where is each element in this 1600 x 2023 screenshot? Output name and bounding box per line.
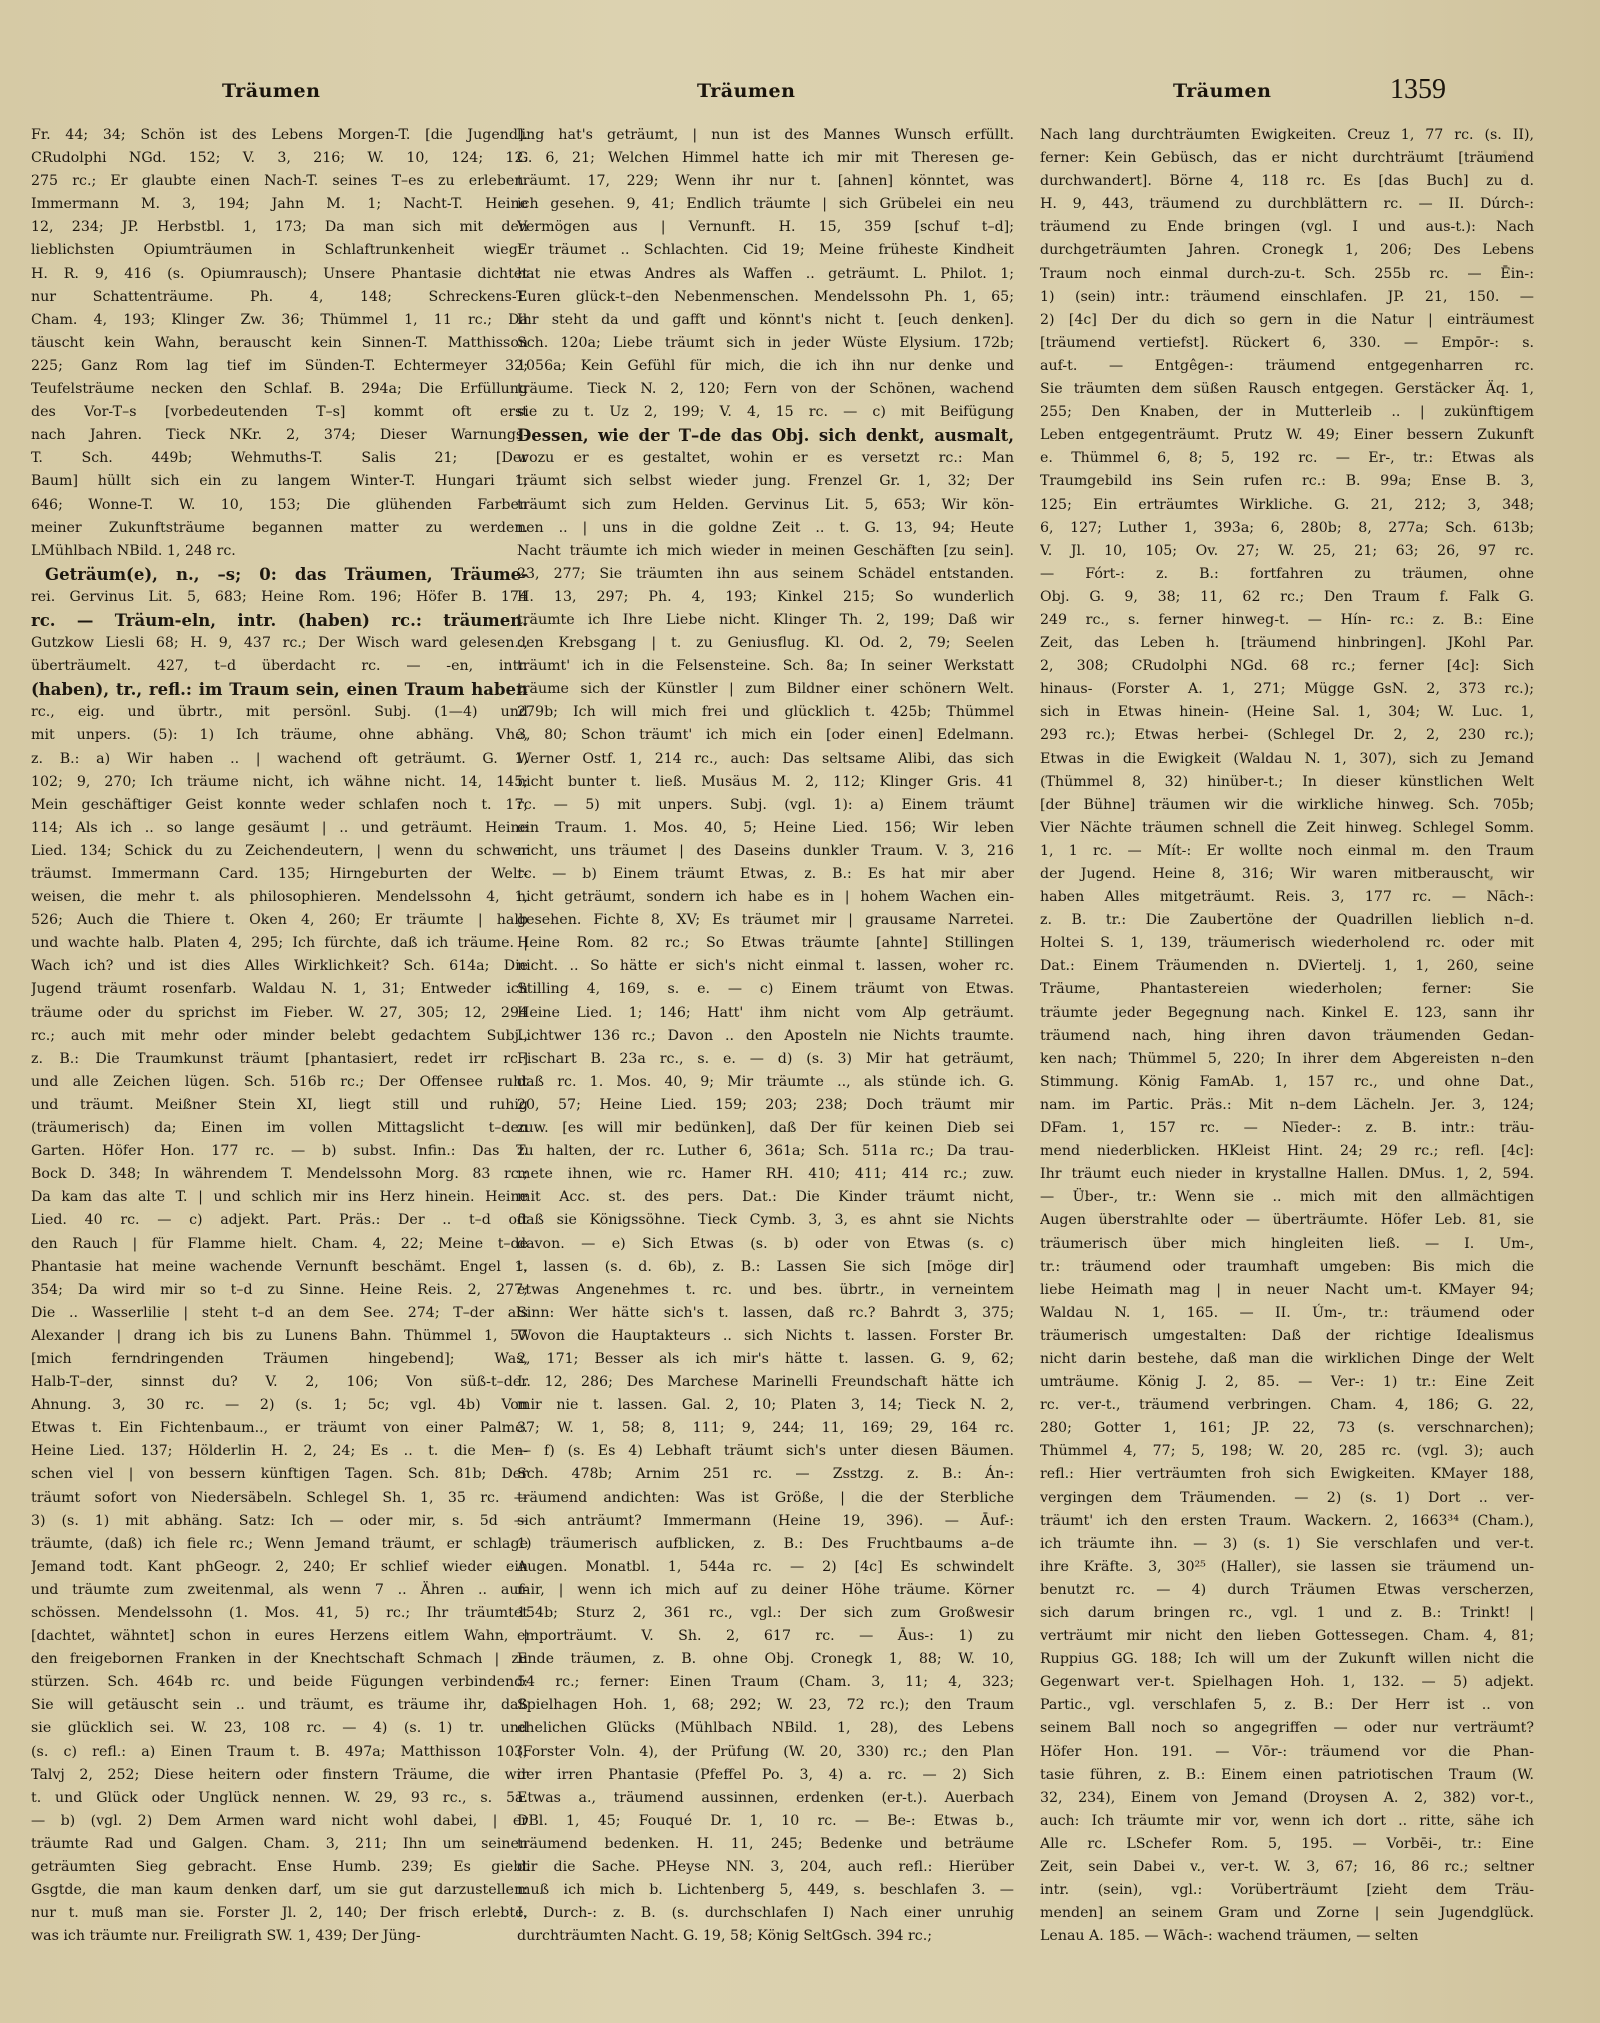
text-line: emporträumt. V. Sh. 2, 617 rc. — Āus-: 1…	[517, 1625, 1014, 1648]
text-line: LMühlbach NBild. 1, 248 rc.	[31, 540, 528, 563]
text-line: Gegenwart ver-t. Spielhagen Hoh. 1, 132.…	[1040, 1671, 1534, 1694]
text-line: 280; Gotter 1, 161; JP. 22, 73 (s. versc…	[1040, 1417, 1534, 1440]
text-line: daß rc. 1. Mos. 40, 9; Mir träumte .., a…	[517, 1071, 1014, 1094]
text-line: Lied. 134; Schick du zu Zeichendeutern, …	[31, 840, 528, 863]
text-line: Lenau A. 185. — Wāch-: wachend träumen, …	[1040, 1925, 1534, 1948]
text-line: 249 rc., s. ferner hinweg-t. — Hín- rc.:…	[1040, 609, 1534, 632]
text-line: 354; Da wird mir so t–d zu Sinne. Heine …	[31, 1279, 528, 1302]
text-line: H. 13, 297; Ph. 4, 193; Kinkel 215; So w…	[517, 586, 1014, 609]
text-line: Augen. Monatbl. 1, 544a rc. — 2) [4c] Es…	[517, 1556, 1014, 1579]
text-line: 125; Ein erträumtes Wirkliche. G. 21, 21…	[1040, 494, 1534, 517]
text-line: träumte jeder Begegnung nach. Kinkel E. …	[1040, 1002, 1534, 1025]
text-line: hinaus- (Forster A. 1, 271; Mügge GsN. 2…	[1040, 678, 1534, 701]
text-line: z. B.: a) Wir haben .. | wachend oft get…	[31, 748, 528, 771]
text-line: Waldau N. 1, 165. — II. Úm-, tr.: träume…	[1040, 1302, 1534, 1325]
text-line: 279b; Ich will mich frei und glücklich t…	[517, 701, 1014, 724]
text-line: Cham. 4, 193; Klinger Zw. 36; Thümmel 1,…	[31, 309, 528, 332]
paper-speck	[1503, 150, 1507, 154]
text-line: 275 rc.; Er glaubte einen Nach-T. seines…	[31, 170, 528, 193]
text-line: hat nie etwas Andres als Waffen .. geträ…	[517, 263, 1014, 286]
text-line: 1056a; Kein Gefühl für mich, die ich ihn…	[517, 355, 1014, 378]
text-line: Euren glück-t–den Nebenmenschen. Mendels…	[517, 286, 1014, 309]
text-line: 2, 171; Besser als ich mir's hätte t. la…	[517, 1348, 1014, 1371]
text-line: tasie führen, z. B.: Einem einen patriot…	[1040, 1764, 1534, 1787]
text-line: — Fórt-: z. B.: fortfahren zu träumen, o…	[1040, 563, 1534, 586]
text-line: davon. — e) Sich Etwas (s. b) oder von E…	[517, 1233, 1014, 1256]
text-line: 225; Ganz Rom lag tief im Sünden-T. Echt…	[31, 355, 528, 378]
text-line: 3, 80; Schon träumt' ich mich ein [oder …	[517, 724, 1014, 747]
text-line: überträumelt. 427, t–d überdacht rc. — -…	[31, 655, 528, 678]
text-line: 293 rc.); Etwas herbei- (Schlegel Dr. 2,…	[1040, 724, 1534, 747]
center-headword: Träumen	[697, 80, 795, 102]
text-line: der Jugend. Heine 8, 316; Wir waren mitb…	[1040, 863, 1534, 886]
text-line: Die .. Wasserlilie | steht t–d an dem Se…	[31, 1302, 528, 1325]
text-line: benutzt rc. — 4) durch Träumen Etwas ver…	[1040, 1579, 1534, 1602]
text-line: nicht darin bestehe, daß man die wirklic…	[1040, 1348, 1534, 1371]
text-line: 102; 9, 270; Ich träume nicht, ich wähne…	[31, 771, 528, 794]
text-line: mir, | wenn ich mich auf zu deiner Höhe …	[517, 1579, 1014, 1602]
text-line: 114; Als ich .. so lange gesäumt | .. un…	[31, 817, 528, 840]
text-line: Stilling 4, 169, s. e. — c) Einem träumt…	[517, 978, 1014, 1001]
text-line: t. lassen (s. d. 6b), z. B.: Lassen Sie …	[517, 1256, 1014, 1279]
text-line: [mich ferndringenden Träumen hingebend];…	[31, 1348, 528, 1371]
text-line: Heine Lied. 1; 146; Hatt' ihm nicht vom …	[517, 1002, 1014, 1025]
text-line: Sch. 478b; Arnim 251 rc. — Zsstzg. z. B.…	[517, 1463, 1014, 1486]
text-line: Heine Rom. 82 rc.; So Etwas träumte [ahn…	[517, 932, 1014, 955]
text-line: Ruppius GG. 188; Ich will um der Zukunft…	[1040, 1648, 1534, 1671]
text-line: Garten. Höfer Hon. 177 rc. — b) subst. I…	[31, 1140, 528, 1163]
text-line: Etwas t. Ein Fichtenbaum.., er träumt vo…	[31, 1417, 528, 1440]
text-line: Alle rc. LSchefer Rom. 5, 195. — Vorbēi-…	[1040, 1833, 1534, 1856]
text-line: 255; Den Knaben, der in Mutterleib .. | …	[1040, 401, 1534, 424]
text-line: nen .. | uns in die goldne Zeit .. t. G.…	[517, 517, 1014, 540]
text-line: und träumte zum zweitenmal, als wenn 7 .…	[31, 1579, 528, 1602]
text-line: G. 6, 21; Welchen Himmel hatte ich mir m…	[517, 147, 1014, 170]
text-line: umträume. König J. 2, 85. — Ver-: 1) tr.…	[1040, 1371, 1534, 1394]
text-line: 1, 1 rc. — Mít-: Er wollte noch einmal m…	[1040, 840, 1534, 863]
text-line: träume sich der Künstler | zum Bildner e…	[517, 678, 1014, 701]
text-line: haben Alles mitgeträumt. Reis. 3, 177 rc…	[1040, 886, 1534, 909]
text-line: — Über-, tr.: Wenn sie .. mich mit den a…	[1040, 1186, 1534, 1209]
text-line: Dat.: Einem Träumenden n. DViertelj. 1, …	[1040, 955, 1534, 978]
text-line: Etwas a., träumend aussinnen, erdenken (…	[517, 1787, 1014, 1810]
text-line: auch: Ich träumte mir vor, wenn ich dort…	[1040, 1810, 1534, 1833]
text-line: Etwas in die Ewigkeit (Waldau N. 1, 307)…	[1040, 748, 1534, 771]
text-line: den Rauch | für Flamme hielt. Cham. 4, 2…	[31, 1233, 528, 1256]
text-line: träumend andichten: Was ist Größe, | die…	[517, 1487, 1014, 1510]
text-line: Thümmel 4, 77; 5, 198; W. 20, 285 rc. (v…	[1040, 1440, 1534, 1463]
text-line: [der Bühne] träumen wir die wirkliche hi…	[1040, 794, 1534, 817]
text-line: was ich träumte nur. Freiligrath SW. 1, …	[31, 1925, 528, 1948]
text-line: CRudolphi NGd. 152; V. 3, 216; W. 10, 12…	[31, 147, 528, 170]
text-line: sich darum bringen rc., vgl. 1 und z. B.…	[1040, 1602, 1534, 1625]
text-line: (träumerisch) da; Einen im vollen Mittag…	[31, 1117, 528, 1140]
text-line: wozu er es gestaltet, wohin er es verset…	[517, 447, 1014, 470]
text-line: träumt' ich den ersten Traum. Wackern. 2…	[1040, 1510, 1534, 1533]
text-line: Lied. 40 rc. — c) adjekt. Part. Präs.: D…	[31, 1209, 528, 1232]
text-line: Er träumet .. Schlachten. Cid 19; Meine …	[517, 239, 1014, 262]
text-line: mir nie t. lassen. Gal. 2, 10; Platen 3,…	[517, 1394, 1014, 1417]
text-line: refl.: Hier verträumten froh sich Ewigke…	[1040, 1463, 1534, 1486]
text-line: mit unpers. (5): 1) Ich träume, ohne abh…	[31, 724, 528, 747]
text-line: Ende träumen, z. B. ohne Obj. Cronegk 1,…	[517, 1648, 1014, 1671]
text-line: Spielhagen Hoh. 1, 68; 292; W. 23, 72 rc…	[517, 1694, 1014, 1717]
text-line: Fr. 44; 34; Schön ist des Lebens Morgen-…	[31, 124, 528, 147]
text-line: intr. (sein), vgl.: Vorüberträumt [zieht…	[1040, 1879, 1534, 1902]
text-line: ein Traum. 1. Mos. 40, 5; Heine Lied. 15…	[517, 817, 1014, 840]
text-line: rc., eig. und übrtr., mit persönl. Subj.…	[31, 701, 528, 724]
text-line: meiner Zukunftsträume begannen matter zu…	[31, 517, 528, 540]
text-line: ehelichen Glücks (Mühlbach NBild. 1, 28)…	[517, 1717, 1014, 1740]
text-line: Mein geschäftiger Geist konnte weder sch…	[31, 794, 528, 817]
text-line: T. Sch. 449b; Wehmuths-T. Salis 21; [Der	[31, 447, 528, 470]
text-line: nur Schattenträume. Ph. 4, 148; Schrecke…	[31, 286, 528, 309]
right-headword: Träumen	[1173, 80, 1271, 102]
text-line: [träumend vertiefst]. Rückert 6, 330. — …	[1040, 332, 1534, 355]
running-header: Träumen Träumen Träumen 1359	[0, 72, 1600, 112]
text-line: träumend zu Ende bringen (vgl. I und aus…	[1040, 216, 1534, 239]
text-line: Fischart B. 23a rc., s. e. — d) (s. 3) M…	[517, 1048, 1014, 1071]
text-line: schössen. Mendelssohn (1. Mos. 41, 5) rc…	[31, 1602, 528, 1625]
text-line: träumte Rad und Galgen. Cham. 3, 211; Ih…	[31, 1833, 528, 1856]
text-line: Ahnung. 3, 30 rc. — 2) (s. 1; 5c; vgl. 4…	[31, 1394, 528, 1417]
text-line: Immermann M. 3, 194; Jahn M. 1; Nacht-T.…	[31, 193, 528, 216]
text-line: schen viel | von bessern künftigen Tagen…	[31, 1463, 528, 1486]
text-line: seinem Ball noch so angegriffen — oder n…	[1040, 1717, 1534, 1740]
text-line: Gsgtde, die man kaum denken darf, um sie…	[31, 1879, 528, 1902]
text-line: I. Durch-: z. B. (s. durchschlafen I) Na…	[517, 1902, 1014, 1925]
text-line: und alle Zeichen lügen. Sch. 516b rc.; D…	[31, 1071, 528, 1094]
text-line: nam. im Partic. Präs.: Mit n–dem Lächeln…	[1040, 1094, 1534, 1117]
text-line: Ihr träumt euch nieder in krystallne Hal…	[1040, 1163, 1534, 1186]
text-line: Phantasie hat meine wachende Vernunft be…	[31, 1256, 528, 1279]
text-line: ihre Kräfte. 3, 30²⁵ (Haller), sie lasse…	[1040, 1556, 1534, 1579]
text-line: ken nach; Thümmel 5, 220; In ihrer dem A…	[1040, 1048, 1534, 1071]
text-line: 526; Auch die Thiere t. Oken 4, 260; Er …	[31, 909, 528, 932]
text-line: Nach lang durchträumten Ewigkeiten. Creu…	[1040, 124, 1534, 147]
text-line: (Forster Voln. 4), der Prüfung (W. 20, 3…	[517, 1741, 1014, 1764]
text-line: täuscht kein Wahn, berauscht kein Sinnen…	[31, 332, 528, 355]
text-line: DBl. 1, 45; Fouqué Dr. 1, 10 rc. — Be-: …	[517, 1810, 1014, 1833]
text-line: H. 9, 443, träumend zu durchblättern rc.…	[1040, 193, 1534, 216]
text-line: Vermögen aus | Vernunft. H. 15, 359 [sch…	[517, 216, 1014, 239]
text-line: träumerisch umgestalten: Daß der richtig…	[1040, 1325, 1534, 1348]
text-line: Jemand todt. Kant phGeogr. 2, 240; Er sc…	[31, 1556, 528, 1579]
text-line: träumte ich Ihre Liebe nicht. Klinger Th…	[517, 609, 1014, 632]
text-line: 2, 308; CRudolphi NGd. 68 rc.; ferner [4…	[1040, 655, 1534, 678]
text-line: träumt' ich in die Felsensteine. Sch. 8a…	[517, 655, 1014, 678]
text-line: L. 12, 286; Des Marchese Marinelli Freun…	[517, 1371, 1014, 1394]
text-line: rei. Gervinus Lit. 5, 683; Heine Rom. 19…	[31, 586, 528, 609]
text-line: dir die Sache. PHeyse NN. 3, 204, auch r…	[517, 1856, 1014, 1879]
text-line: ich gesehen. 9, 41; Endlich träumte | si…	[517, 193, 1014, 216]
text-line: 1) träumerisch aufblicken, z. B.: Des Fr…	[517, 1533, 1014, 1556]
text-line: Lichtwer 136 rc.; Davon .. den Aposteln …	[517, 1025, 1014, 1048]
text-line: und wachte halb. Platen 4, 295; Ich fürc…	[31, 932, 528, 955]
text-line: Traumgebild ins Sein rufen rc.: B. 99a; …	[1040, 470, 1534, 493]
text-line: 3) (s. 1) mit abhäng. Satz: Ich — oder m…	[31, 1510, 528, 1533]
text-line: Obj. G. 9, 38; 11, 62 rc.; Den Traum f. …	[1040, 586, 1534, 609]
text-line: und träumt. Meißner Stein XI, liegt stil…	[31, 1094, 528, 1117]
text-line: träumt sich zum Helden. Gervinus Lit. 5,…	[517, 494, 1014, 517]
text-line: träumt. 17, 229; Wenn ihr nur t. [ahnen]…	[517, 170, 1014, 193]
text-line: lieblichsten Opiumträumen in Schlaftrunk…	[31, 239, 528, 262]
text-line: träumend nach, hing ihren davon träumend…	[1040, 1025, 1534, 1048]
text-line: nach Jahren. Tieck NKr. 2, 374; Dieser W…	[31, 424, 528, 447]
text-line: Alexander | drang ich bis zu Lunens Bahn…	[31, 1325, 528, 1348]
text-line: Zeit, das Leben h. [träumend hinbringen]…	[1040, 632, 1534, 655]
text-column-1: Fr. 44; 34; Schön ist des Lebens Morgen-…	[31, 124, 528, 1948]
text-line: mete ihnen, wie rc. Hamer RH. 410; 411; …	[517, 1163, 1014, 1186]
text-line: ich träumte ihn. — 3) (s. 1) Sie verschl…	[1040, 1533, 1534, 1556]
text-line: träumte, (daß) ich fiele rc.; Wenn Jeman…	[31, 1533, 528, 1556]
text-line: sich anträumt? Immermann (Heine 19, 396)…	[517, 1510, 1014, 1533]
text-line: der irren Phantasie (Pfeffel Po. 3, 4) a…	[517, 1764, 1014, 1787]
page-number: 1359	[1390, 74, 1446, 106]
text-line: mit Acc. st. des pers. Dat.: Die Kinder …	[517, 1186, 1014, 1209]
text-line: rc. — 5) mit unpers. Subj. (vgl. 1): a) …	[517, 794, 1014, 817]
text-line: Vier Nächte träumen schnell die Zeit hin…	[1040, 817, 1534, 840]
text-line: Höfer Hon. 191. — Vōr-: träumend vor die…	[1040, 1741, 1534, 1764]
text-line: weisen, die mehr t. als philosophieren. …	[31, 886, 528, 909]
text-line: z. B.: Die Traumkunst träumt [phantasier…	[31, 1048, 528, 1071]
text-line: Wach ich? und ist dies Alles Wirklichkei…	[31, 955, 528, 978]
text-line: 23, 277; Sie träumten ihn aus seinem Sch…	[517, 563, 1014, 586]
text-line: Leben entgegenträumt. Prutz W. 49; Einer…	[1040, 424, 1534, 447]
left-headword: Träumen	[222, 80, 320, 102]
text-line: nicht. .. So hätte er sich's nicht einma…	[517, 955, 1014, 978]
text-line: Da kam das alte T. | und schlich mir ins…	[31, 1186, 528, 1209]
text-column-2: ling hat's geträumt, | nun ist des Manne…	[517, 124, 1014, 1948]
text-line: tr.: träumend oder traumhaft umgeben: Bi…	[1040, 1256, 1534, 1279]
text-line: Geträum(e), n., –s; 0: das Träumen, Träu…	[31, 563, 528, 586]
text-line: z. B. tr.: Die Zaubertöne der Quadrillen…	[1040, 909, 1534, 932]
text-line: (haben), tr., refl.: im Traum sein, eine…	[31, 678, 528, 701]
text-line: Heine Lied. 137; Hölderlin H. 2, 24; Es …	[31, 1440, 528, 1463]
text-line: 54 rc.; ferner: Einen Traum (Cham. 3, 11…	[517, 1671, 1014, 1694]
text-line: 32, 234), Einem von Jemand (Droysen A. 2…	[1040, 1787, 1534, 1810]
text-line: 646; Wonne-T. W. 10, 153; Die glühenden …	[31, 494, 528, 517]
text-line: sie glücklich sei. W. 23, 108 rc. — 4) (…	[31, 1717, 528, 1740]
text-line: 154b; Sturz 2, 361 rc., vgl.: Der sich z…	[517, 1602, 1014, 1625]
text-line: Sinn: Wer hätte sich's t. lassen, daß rc…	[517, 1302, 1014, 1325]
text-line: Bock D. 348; In währendem T. Mendelssohn…	[31, 1163, 528, 1186]
text-line: 2) [4c] Der du dich so gern in die Natur…	[1040, 309, 1534, 332]
text-line: daß sie Königssöhne. Tieck Cymb. 3, 3, e…	[517, 1209, 1014, 1232]
text-line: rc. — b) Einem träumt Etwas, z. B.: Es h…	[517, 863, 1014, 886]
text-line: muß ich mich b. Lichtenberg 5, 449, s. b…	[517, 1879, 1014, 1902]
text-line: 12, 234; JP. Herbstbl. 1, 173; Da man si…	[31, 216, 528, 239]
text-line: den freigebornen Franken in der Knechtsc…	[31, 1648, 528, 1671]
text-line: Jugend träumt rosenfarb. Waldau N. 1, 31…	[31, 978, 528, 1001]
paper-speck	[1488, 876, 1493, 881]
text-line: sie zu t. Uz 2, 199; V. 4, 15 rc. — c) m…	[517, 401, 1014, 424]
text-line: zuw. [es will mir bedünken], daß Der für…	[517, 1117, 1014, 1140]
text-line: träumerisch über mich hingleiten ließ. —…	[1040, 1233, 1534, 1256]
text-line: Talvj 2, 252; Diese heitern oder finster…	[31, 1764, 528, 1787]
text-line: Halb-T–der, sinnst du? V. 2, 106; Von sü…	[31, 1371, 528, 1394]
text-line: den Krebsgang | t. zu Geniusflug. Kl. Od…	[517, 632, 1014, 655]
text-line: rc. — Träum-eln, intr. (haben) rc.: träu…	[31, 609, 528, 632]
text-line: träumt sich selbst wieder jung. Frenzel …	[517, 470, 1014, 493]
text-line: träume. Tieck N. 2, 120; Fern von der Sc…	[517, 378, 1014, 401]
text-line: — f) (s. Es 4) Lebhaft träumt sich's unt…	[517, 1440, 1014, 1463]
text-line: 20, 57; Heine Lied. 159; 203; 238; Doch …	[517, 1094, 1014, 1117]
text-line: träumt sofort von Niedersäbeln. Schlegel…	[31, 1487, 528, 1510]
paper-speck	[1510, 1545, 1514, 1549]
text-line: Sch. 120a; Liebe träumt sich in jeder Wü…	[517, 332, 1014, 355]
text-line: Werner Ostf. 1, 214 rc., auch: Das selts…	[517, 748, 1014, 771]
text-line: 37; W. 1, 58; 8, 111; 9, 244; 11, 169; 2…	[517, 1417, 1014, 1440]
text-line: Partic., vgl. verschlafen 5, z. B.: Der …	[1040, 1694, 1534, 1717]
text-line: gesehen. Fichte 8, XV; Es träumet mir | …	[517, 909, 1014, 932]
text-line: ferner: Kein Gebüsch, das er nicht durch…	[1040, 147, 1534, 170]
text-line: Ihr steht da und gafft und könnt's nicht…	[517, 309, 1014, 332]
text-column-3: Nach lang durchträumten Ewigkeiten. Creu…	[1040, 124, 1534, 1948]
text-line: ling hat's geträumt, | nun ist des Manne…	[517, 124, 1014, 147]
text-line: nicht bunter t. ließ. Musäus M. 2, 112; …	[517, 771, 1014, 794]
text-line: des Vor-T–s [vorbedeutenden T–s] kommt o…	[31, 401, 528, 424]
text-line: Baum] hüllt sich ein zu langem Winter-T.…	[31, 470, 528, 493]
text-line: Stimmung. König FamAb. 1, 157 rc., und o…	[1040, 1071, 1534, 1094]
text-line: auf-t. — Entgêgen-: träumend entgegenhar…	[1040, 355, 1534, 378]
text-line: durchwandert]. Börne 4, 118 rc. Es [das …	[1040, 170, 1534, 193]
text-line: [dachtet, wähntet] schon in eures Herzen…	[31, 1625, 528, 1648]
text-line: 1) (sein) intr.: träumend einschlafen. J…	[1040, 286, 1534, 309]
text-line: verträumt mir nicht den lieben Gottesseg…	[1040, 1625, 1534, 1648]
text-line: nicht geträumt, sondern ich habe es in |…	[517, 886, 1014, 909]
text-line: Sie will getäuscht sein .. und träumt, e…	[31, 1694, 528, 1717]
text-line: DFam. 1, 157 rc. — Nīeder-: z. B. intr.:…	[1040, 1117, 1534, 1140]
text-line: menden] an seinem Gram und Zorne | sein …	[1040, 1902, 1534, 1925]
text-line: durchträumten Nacht. G. 19, 58; König Se…	[517, 1925, 1014, 1948]
text-line: Nacht träumte ich mich wieder in meinen …	[517, 540, 1014, 563]
text-line: etwas Angenehmes t. rc. und bes. übrtr.,…	[517, 1279, 1014, 1302]
text-line: rc.; auch mit mehr oder minder belebt ge…	[31, 1025, 528, 1048]
text-line: Augen überstrahlte oder — überträumte. H…	[1040, 1209, 1534, 1232]
text-line: nur t. muß man sie. Forster Jl. 2, 140; …	[31, 1902, 528, 1925]
dictionary-page: Träumen Träumen Träumen 1359 Fr. 44; 34;…	[0, 0, 1600, 2023]
text-line: geträumten Sieg gebracht. Ense Humb. 239…	[31, 1856, 528, 1879]
text-line: liebe Heimath mag | in neuer Nacht um-t.…	[1040, 1279, 1534, 1302]
text-line: (s. c) refl.: a) Einen Traum t. B. 497a;…	[31, 1741, 528, 1764]
text-line: (Thümmel 8, 32) hinüber-t.; In dieser kü…	[1040, 771, 1534, 794]
text-line: vergingen dem Träumenden. — 2) (s. 1) Do…	[1040, 1487, 1534, 1510]
text-line: rc. ver-t., träumend verbringen. Cham. 4…	[1040, 1394, 1534, 1417]
text-line: nicht, uns träumet | des Daseins dunkler…	[517, 840, 1014, 863]
text-line: Sie träumten dem süßen Rausch entgegen. …	[1040, 378, 1534, 401]
text-line: Teufelsträume necken den Schlaf. B. 294a…	[31, 378, 528, 401]
text-line: 6, 127; Luther 1, 393a; 6, 280b; 8, 277a…	[1040, 517, 1534, 540]
text-line: e. Thümmel 6, 8; 5, 192 rc. — Er-, tr.: …	[1040, 447, 1534, 470]
text-line: Gutzkow Liesli 68; H. 9, 437 rc.; Der Wi…	[31, 632, 528, 655]
text-line: Traum noch einmal durch-zu-t. Sch. 255b …	[1040, 263, 1534, 286]
text-line: Wovon die Hauptakteurs .. sich Nichts t.…	[517, 1325, 1014, 1348]
text-line: stürzen. Sch. 464b rc. und beide Fügunge…	[31, 1671, 528, 1694]
text-line: t. und Glück oder Unglück nennen. W. 29,…	[31, 1787, 528, 1810]
text-line: träume oder du sprichst im Fieber. W. 27…	[31, 1002, 528, 1025]
text-line: V. Jl. 10, 105; Ov. 27; W. 25, 21; 63; 2…	[1040, 540, 1534, 563]
text-line: träumst. Immermann Card. 135; Hirngeburt…	[31, 863, 528, 886]
text-line: durchgeträumten Jahren. Cronegk 1, 206; …	[1040, 239, 1534, 262]
text-line: Holtei S. 1, 139, träumerisch wiederhole…	[1040, 932, 1534, 955]
text-line: zu halten, der rc. Luther 6, 361a; Sch. …	[517, 1140, 1014, 1163]
text-line: Zeit, sein Dabei v., ver-t. W. 3, 67; 16…	[1040, 1856, 1534, 1879]
text-line: H. R. 9, 416 (s. Opiumrausch); Unsere Ph…	[31, 263, 528, 286]
text-line: sich in Etwas hinein- (Heine Sal. 1, 304…	[1040, 701, 1534, 724]
text-line: Träume, Phantastereien wiederholen; fern…	[1040, 978, 1534, 1001]
text-line: — b) (vgl. 2) Dem Armen ward nicht wohl …	[31, 1810, 528, 1833]
text-line: Dessen, wie der T–de das Obj. sich denkt…	[517, 424, 1014, 447]
text-line: mend niederblicken. HKleist Hint. 24; 29…	[1040, 1140, 1534, 1163]
text-line: träumend bedenken. H. 11, 245; Bedenke u…	[517, 1833, 1014, 1856]
